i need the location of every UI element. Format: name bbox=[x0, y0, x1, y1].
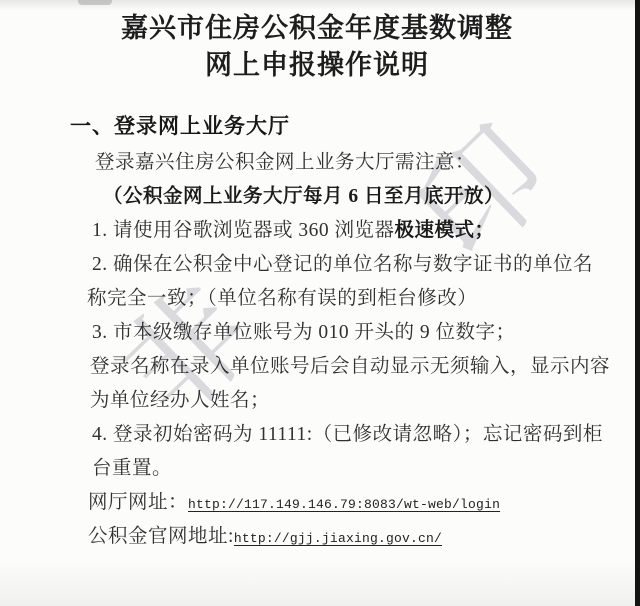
item-3-note-line-1: 登录名称在录入单位账号后会自动显示无须输入，显示内容 bbox=[0, 350, 640, 384]
item1-bold-text: 极速模式； bbox=[395, 220, 495, 241]
list-item-3: 3. 市本级缴存单位账号为 010 开头的 9 位数字； bbox=[0, 316, 640, 350]
portal-url-label: 网厅网址： bbox=[88, 492, 188, 513]
document-body: 登录嘉兴住房公积金网上业务大厅需注意： （公积金网上业务大厅每月 6 日至月底开… bbox=[0, 146, 640, 554]
official-site-line: 公积金官网地址:http://gjj.jiaxing.gov.cn/ bbox=[0, 520, 640, 554]
official-site-label: 公积金官网地址: bbox=[88, 526, 234, 547]
portal-url-line: 网厅网址：http://117.149.146.79:8083/wt-web/l… bbox=[0, 486, 640, 520]
list-item-1: 1. 请使用谷歌浏览器或 360 浏览器极速模式； bbox=[0, 214, 640, 248]
list-item-4-line-2: 台重置。 bbox=[0, 452, 640, 486]
document-title: 嘉兴市住房公积金年度基数调整 网上申报操作说明 bbox=[0, 10, 634, 84]
portal-url-link[interactable]: http://117.149.146.79:8083/wt-web/login bbox=[188, 497, 500, 512]
scan-artifact bbox=[78, 0, 112, 5]
item1-text: 1. 请使用谷歌浏览器或 360 浏览器 bbox=[92, 220, 395, 241]
title-line-2: 网上申报操作说明 bbox=[0, 47, 634, 84]
list-item-2-line-2: 称完全一致；（单位名称有误的到柜台修改） bbox=[0, 282, 640, 316]
list-item-2-line-1: 2. 确保在公积金中心登记的单位名称与数字证书的单位名 bbox=[0, 248, 640, 282]
intro-line: 登录嘉兴住房公积金网上业务大厅需注意： bbox=[0, 146, 640, 180]
open-hours-note: （公积金网上业务大厅每月 6 日至月底开放） bbox=[0, 180, 640, 214]
section-heading: 一、登录网上业务大厅 bbox=[70, 110, 290, 140]
scanned-document-page: 非 印 嘉兴市住房公积金年度基数调整 网上申报操作说明 一、登录网上业务大厅 登… bbox=[0, 0, 640, 606]
item-3-note-line-2: 为单位经办人姓名； bbox=[0, 384, 640, 418]
scan-shading-bottom bbox=[0, 560, 640, 606]
official-site-link[interactable]: http://gjj.jiaxing.gov.cn/ bbox=[234, 531, 442, 546]
list-item-4-line-1: 4. 登录初始密码为 11111:（已修改请忽略）；忘记密码到柜 bbox=[0, 418, 640, 452]
title-line-1: 嘉兴市住房公积金年度基数调整 bbox=[0, 10, 634, 47]
